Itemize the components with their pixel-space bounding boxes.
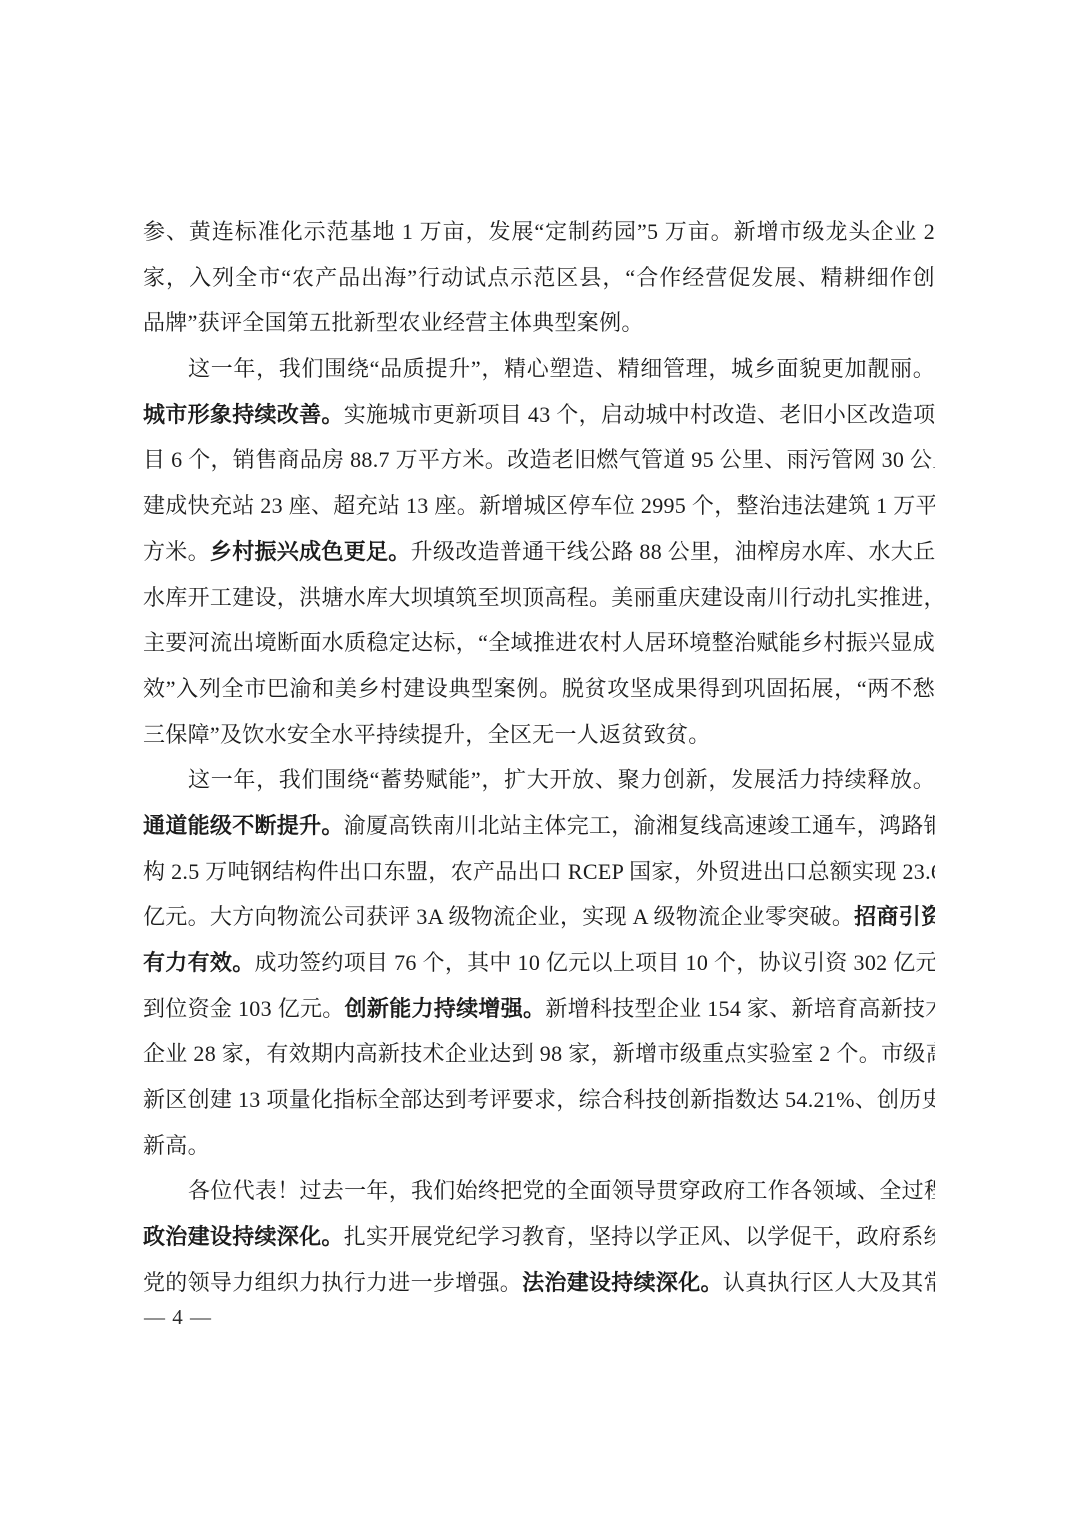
body-text: 党的领导力组织力执行力进一步增强。	[143, 1270, 522, 1295]
paragraph: 各位代表！过去一年，我们始终把党的全面领导贯穿政府工作各领域、全过程。政治建设持…	[143, 1168, 935, 1305]
text-line: 企业 28 家，有效期内高新技术企业达到 98 家，新增市级重点实验室 2 个。…	[143, 1031, 935, 1077]
lead-in-kai-text: 这一年，我们围绕“品质提升”，精心塑造、精细管理，城乡面貌更加靓丽。	[188, 356, 935, 381]
text-line: 构 2.5 万吨钢结构件出口东盟，农产品出口 RCEP 国家，外贸进出口总额实现…	[143, 849, 935, 895]
text-line: 有力有效。成功签约项目 76 个，其中 10 亿元以上项目 10 个，协议引资 …	[143, 940, 935, 986]
body-text: 效”入列全市巴渝和美乡村建设典型案例。脱贫攻坚成果得到巩固拓展，“两不愁	[143, 676, 935, 701]
text-line: 三保障”及饮水安全水平持续提升，全区无一人返贫致贫。	[143, 712, 935, 758]
body-text: 扎实开展党纪学习教育，坚持以学正风、以学促干，政府系统	[344, 1224, 935, 1249]
emphasis-text: 法治建设持续深化。	[522, 1270, 723, 1295]
body-text: 实施城市更新项目 43 个，启动城中村改造、老旧小区改造项	[344, 402, 935, 427]
text-line: 政治建设持续深化。扎实开展党纪学习教育，坚持以学正风、以学促干，政府系统	[143, 1214, 935, 1260]
text-line: 效”入列全市巴渝和美乡村建设典型案例。脱贫攻坚成果得到巩固拓展，“两不愁	[143, 666, 935, 712]
text-line: 水库开工建设，洪塘水库大坝填筑至坝顶高程。美丽重庆建设南川行动扎实推进，	[143, 575, 935, 621]
emphasis-text: 政治建设持续深化。	[143, 1224, 344, 1249]
text-line: 新区创建 13 项量化指标全部达到考评要求，综合科技创新指数达 54.21%、创…	[143, 1077, 935, 1123]
body-text: 家，入列全市“农产品出海”行动试点示范区县，“合作经营促发展、精耕细作创	[143, 265, 935, 290]
body-text: 各位代表！过去一年，我们始终把党的全面领导贯穿政府工作各领域、全过程。	[188, 1178, 935, 1203]
text-block: 参、黄连标准化示范基地 1 万亩，发展“定制药园”5 万亩。新增市级龙头企业 2…	[143, 209, 935, 1306]
emphasis-text: 乡村振兴成色更足。	[210, 539, 411, 564]
text-line: 方米。乡村振兴成色更足。升级改造普通干线公路 88 公里，油榨房水库、水大丘	[143, 529, 935, 575]
emphasis-text: 有力有效。	[143, 950, 255, 975]
text-line: 各位代表！过去一年，我们始终把党的全面领导贯穿政府工作各领域、全过程。	[143, 1168, 935, 1214]
body-text: 参、黄连标准化示范基地 1 万亩，发展“定制药园”5 万亩。新增市级龙头企业 2	[143, 219, 935, 244]
page-number: — 4 —	[144, 1302, 212, 1332]
body-text: 新区创建 13 项量化指标全部达到考评要求，综合科技创新指数达 54.21%、创…	[143, 1087, 935, 1112]
body-text: 水库开工建设，洪塘水库大坝填筑至坝顶高程。美丽重庆建设南川行动扎实推进，	[143, 585, 935, 610]
text-line: 通道能级不断提升。渝厦高铁南川北站主体完工，渝湘复线高速竣工通车，鸿路钢	[143, 803, 935, 849]
body-text: 三保障”及饮水安全水平持续提升，全区无一人返贫致贫。	[143, 722, 711, 747]
emphasis-text: 城市形象持续改善。	[143, 402, 344, 427]
body-text: 新增科技型企业 154 家、新培育高新技术	[545, 996, 935, 1021]
emphasis-text: 通道能级不断提升。	[143, 813, 344, 838]
body-text: 目 6 个，销售商品房 88.7 万平方米。改造老旧燃气管道 95 公里、雨污管…	[143, 447, 935, 472]
body-text: 主要河流出境断面水质稳定达标，“全域推进农村人居环境整治赋能乡村振兴显成	[143, 630, 935, 655]
body-text: 亿元。大方向物流公司获评 3A 级物流企业，实现 A 级物流企业零突破。	[143, 904, 854, 929]
body-text: 升级改造普通干线公路 88 公里，油榨房水库、水大丘	[411, 539, 935, 564]
paragraph: 参、黄连标准化示范基地 1 万亩，发展“定制药园”5 万亩。新增市级龙头企业 2…	[143, 209, 935, 346]
body-text: 构 2.5 万吨钢结构件出口东盟，农产品出口 RCEP 国家，外贸进出口总额实现…	[143, 859, 935, 884]
text-line: 新高。	[143, 1123, 935, 1169]
text-line: 品牌”获评全国第五批新型农业经营主体典型案例。	[143, 300, 935, 346]
text-line: 党的领导力组织力执行力进一步增强。法治建设持续深化。认真执行区人大及其常	[143, 1260, 935, 1306]
text-line: 主要河流出境断面水质稳定达标，“全域推进农村人居环境整治赋能乡村振兴显成	[143, 620, 935, 666]
text-line: 到位资金 103 亿元。创新能力持续增强。新增科技型企业 154 家、新培育高新…	[143, 986, 935, 1032]
text-line: 目 6 个，销售商品房 88.7 万平方米。改造老旧燃气管道 95 公里、雨污管…	[143, 437, 935, 483]
body-text: 建成快充站 23 座、超充站 13 座。新增城区停车位 2995 个，整治违法建…	[143, 493, 935, 518]
body-text: 认真执行区人大及其常	[723, 1270, 935, 1295]
text-line: 家，入列全市“农产品出海”行动试点示范区县，“合作经营促发展、精耕细作创	[143, 255, 935, 301]
emphasis-text: 招商引资	[854, 904, 935, 929]
lead-in-kai-text: 这一年，我们围绕“蓄势赋能”，扩大开放、聚力创新，发展活力持续释放。	[188, 767, 935, 792]
body-text: 成功签约项目 76 个，其中 10 亿元以上项目 10 个，协议引资 302 亿…	[255, 950, 935, 975]
body-text: 到位资金 103 亿元。	[143, 996, 345, 1021]
body-text: 渝厦高铁南川北站主体完工，渝湘复线高速竣工通车，鸿路钢	[344, 813, 935, 838]
text-line: 这一年，我们围绕“品质提升”，精心塑造、精细管理，城乡面貌更加靓丽。	[143, 346, 935, 392]
paragraph: 这一年，我们围绕“蓄势赋能”，扩大开放、聚力创新，发展活力持续释放。通道能级不断…	[143, 757, 935, 1168]
text-line: 参、黄连标准化示范基地 1 万亩，发展“定制药园”5 万亩。新增市级龙头企业 2	[143, 209, 935, 255]
paragraph: 这一年，我们围绕“品质提升”，精心塑造、精细管理，城乡面貌更加靓丽。城市形象持续…	[143, 346, 935, 757]
text-line: 建成快充站 23 座、超充站 13 座。新增城区停车位 2995 个，整治违法建…	[143, 483, 935, 529]
text-line: 城市形象持续改善。实施城市更新项目 43 个，启动城中村改造、老旧小区改造项	[143, 392, 935, 438]
body-text: 方米。	[143, 539, 210, 564]
body-text: 企业 28 家，有效期内高新技术企业达到 98 家，新增市级重点实验室 2 个。…	[143, 1041, 935, 1066]
document-page: 参、黄连标准化示范基地 1 万亩，发展“定制药园”5 万亩。新增市级龙头企业 2…	[0, 0, 1074, 1520]
body-text: 新高。	[143, 1133, 210, 1158]
emphasis-text: 创新能力持续增强。	[345, 996, 546, 1021]
text-line: 亿元。大方向物流公司获评 3A 级物流企业，实现 A 级物流企业零突破。招商引资	[143, 894, 935, 940]
text-line: 这一年，我们围绕“蓄势赋能”，扩大开放、聚力创新，发展活力持续释放。	[143, 757, 935, 803]
body-text: 品牌”获评全国第五批新型农业经营主体典型案例。	[143, 310, 644, 335]
